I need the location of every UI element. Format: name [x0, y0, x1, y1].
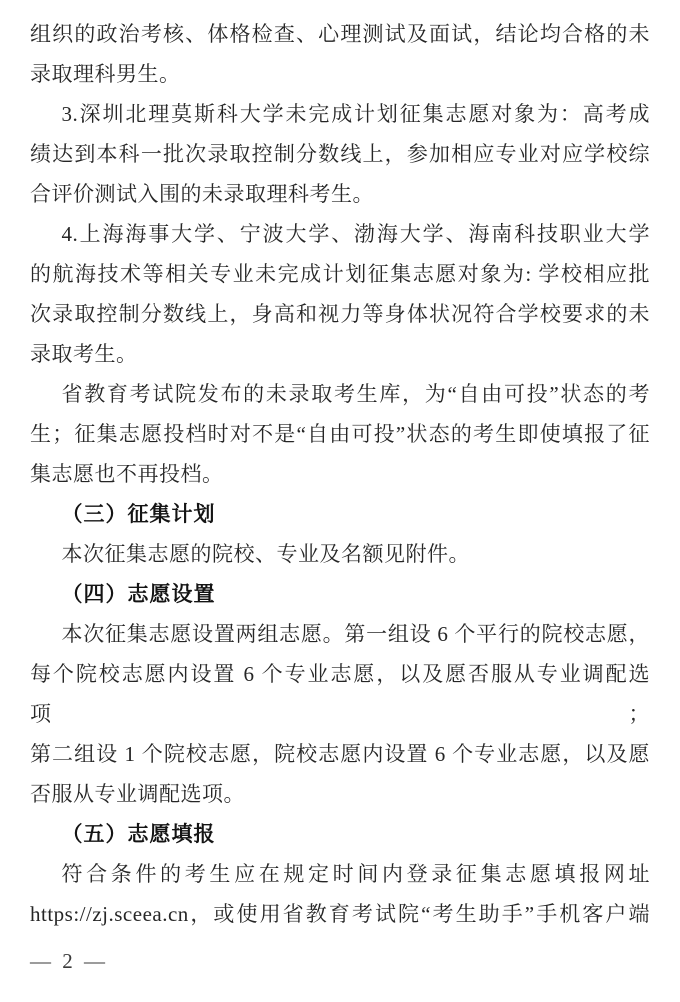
text-line: 符合条件的考生应在规定时间内登录征集志愿填报网址 [30, 854, 650, 894]
text-line: 否服从专业调配选项。 [30, 774, 650, 814]
text-line: 本次征集志愿的院校、专业及名额见附件。 [30, 534, 650, 574]
text-line: 省教育考试院发布的未录取考生库，为“自由可投”状态的考 [30, 374, 650, 414]
text-line: 录取考生。 [30, 334, 650, 374]
section-heading: （三）征集计划 [30, 494, 650, 534]
text-line: 3.深圳北理莫斯科大学未完成计划征集志愿对象为：高考成 [30, 94, 650, 134]
text-line: 的航海技术等相关专业未完成计划征集志愿对象为: 学校相应批 [30, 254, 650, 294]
text-line: 绩达到本科一批次录取控制分数线上，参加相应专业对应学校综 [30, 134, 650, 174]
document-page: 组织的政治考核、体格检查、心理测试及面试，结论均合格的未 录取理科男生。 3.深… [0, 0, 680, 1002]
text-line: 次录取控制分数线上，身高和视力等身体状况符合学校要求的未 [30, 294, 650, 334]
text-line: 合评价测试入围的未录取理科考生。 [30, 174, 650, 214]
text-line: https://zj.sceea.cn，或使用省教育考试院“考生助手”手机客户端 [30, 894, 650, 934]
text-line: 生；征集志愿投档时对不是“自由可投”状态的考生即使填报了征 [30, 414, 650, 454]
text-line: 4.上海海事大学、宁波大学、渤海大学、海南科技职业大学 [30, 214, 650, 254]
text-line: 本次征集志愿设置两组志愿。第一组设 6 个平行的院校志愿， [30, 614, 650, 654]
text-line: 每个院校志愿内设置 6 个专业志愿，以及愿否服从专业调配选项； [30, 654, 650, 734]
section-heading: （四）志愿设置 [30, 574, 650, 614]
text-line: 录取理科男生。 [30, 54, 650, 94]
text-line: 第二组设 1 个院校志愿，院校志愿内设置 6 个专业志愿，以及愿 [30, 734, 650, 774]
text-line: 组织的政治考核、体格检查、心理测试及面试，结论均合格的未 [30, 14, 650, 54]
page-number: — 2 — [30, 946, 108, 976]
document-body: 组织的政治考核、体格检查、心理测试及面试，结论均合格的未 录取理科男生。 3.深… [30, 14, 650, 934]
section-heading: （五）志愿填报 [30, 814, 650, 854]
text-line: 集志愿也不再投档。 [30, 454, 650, 494]
